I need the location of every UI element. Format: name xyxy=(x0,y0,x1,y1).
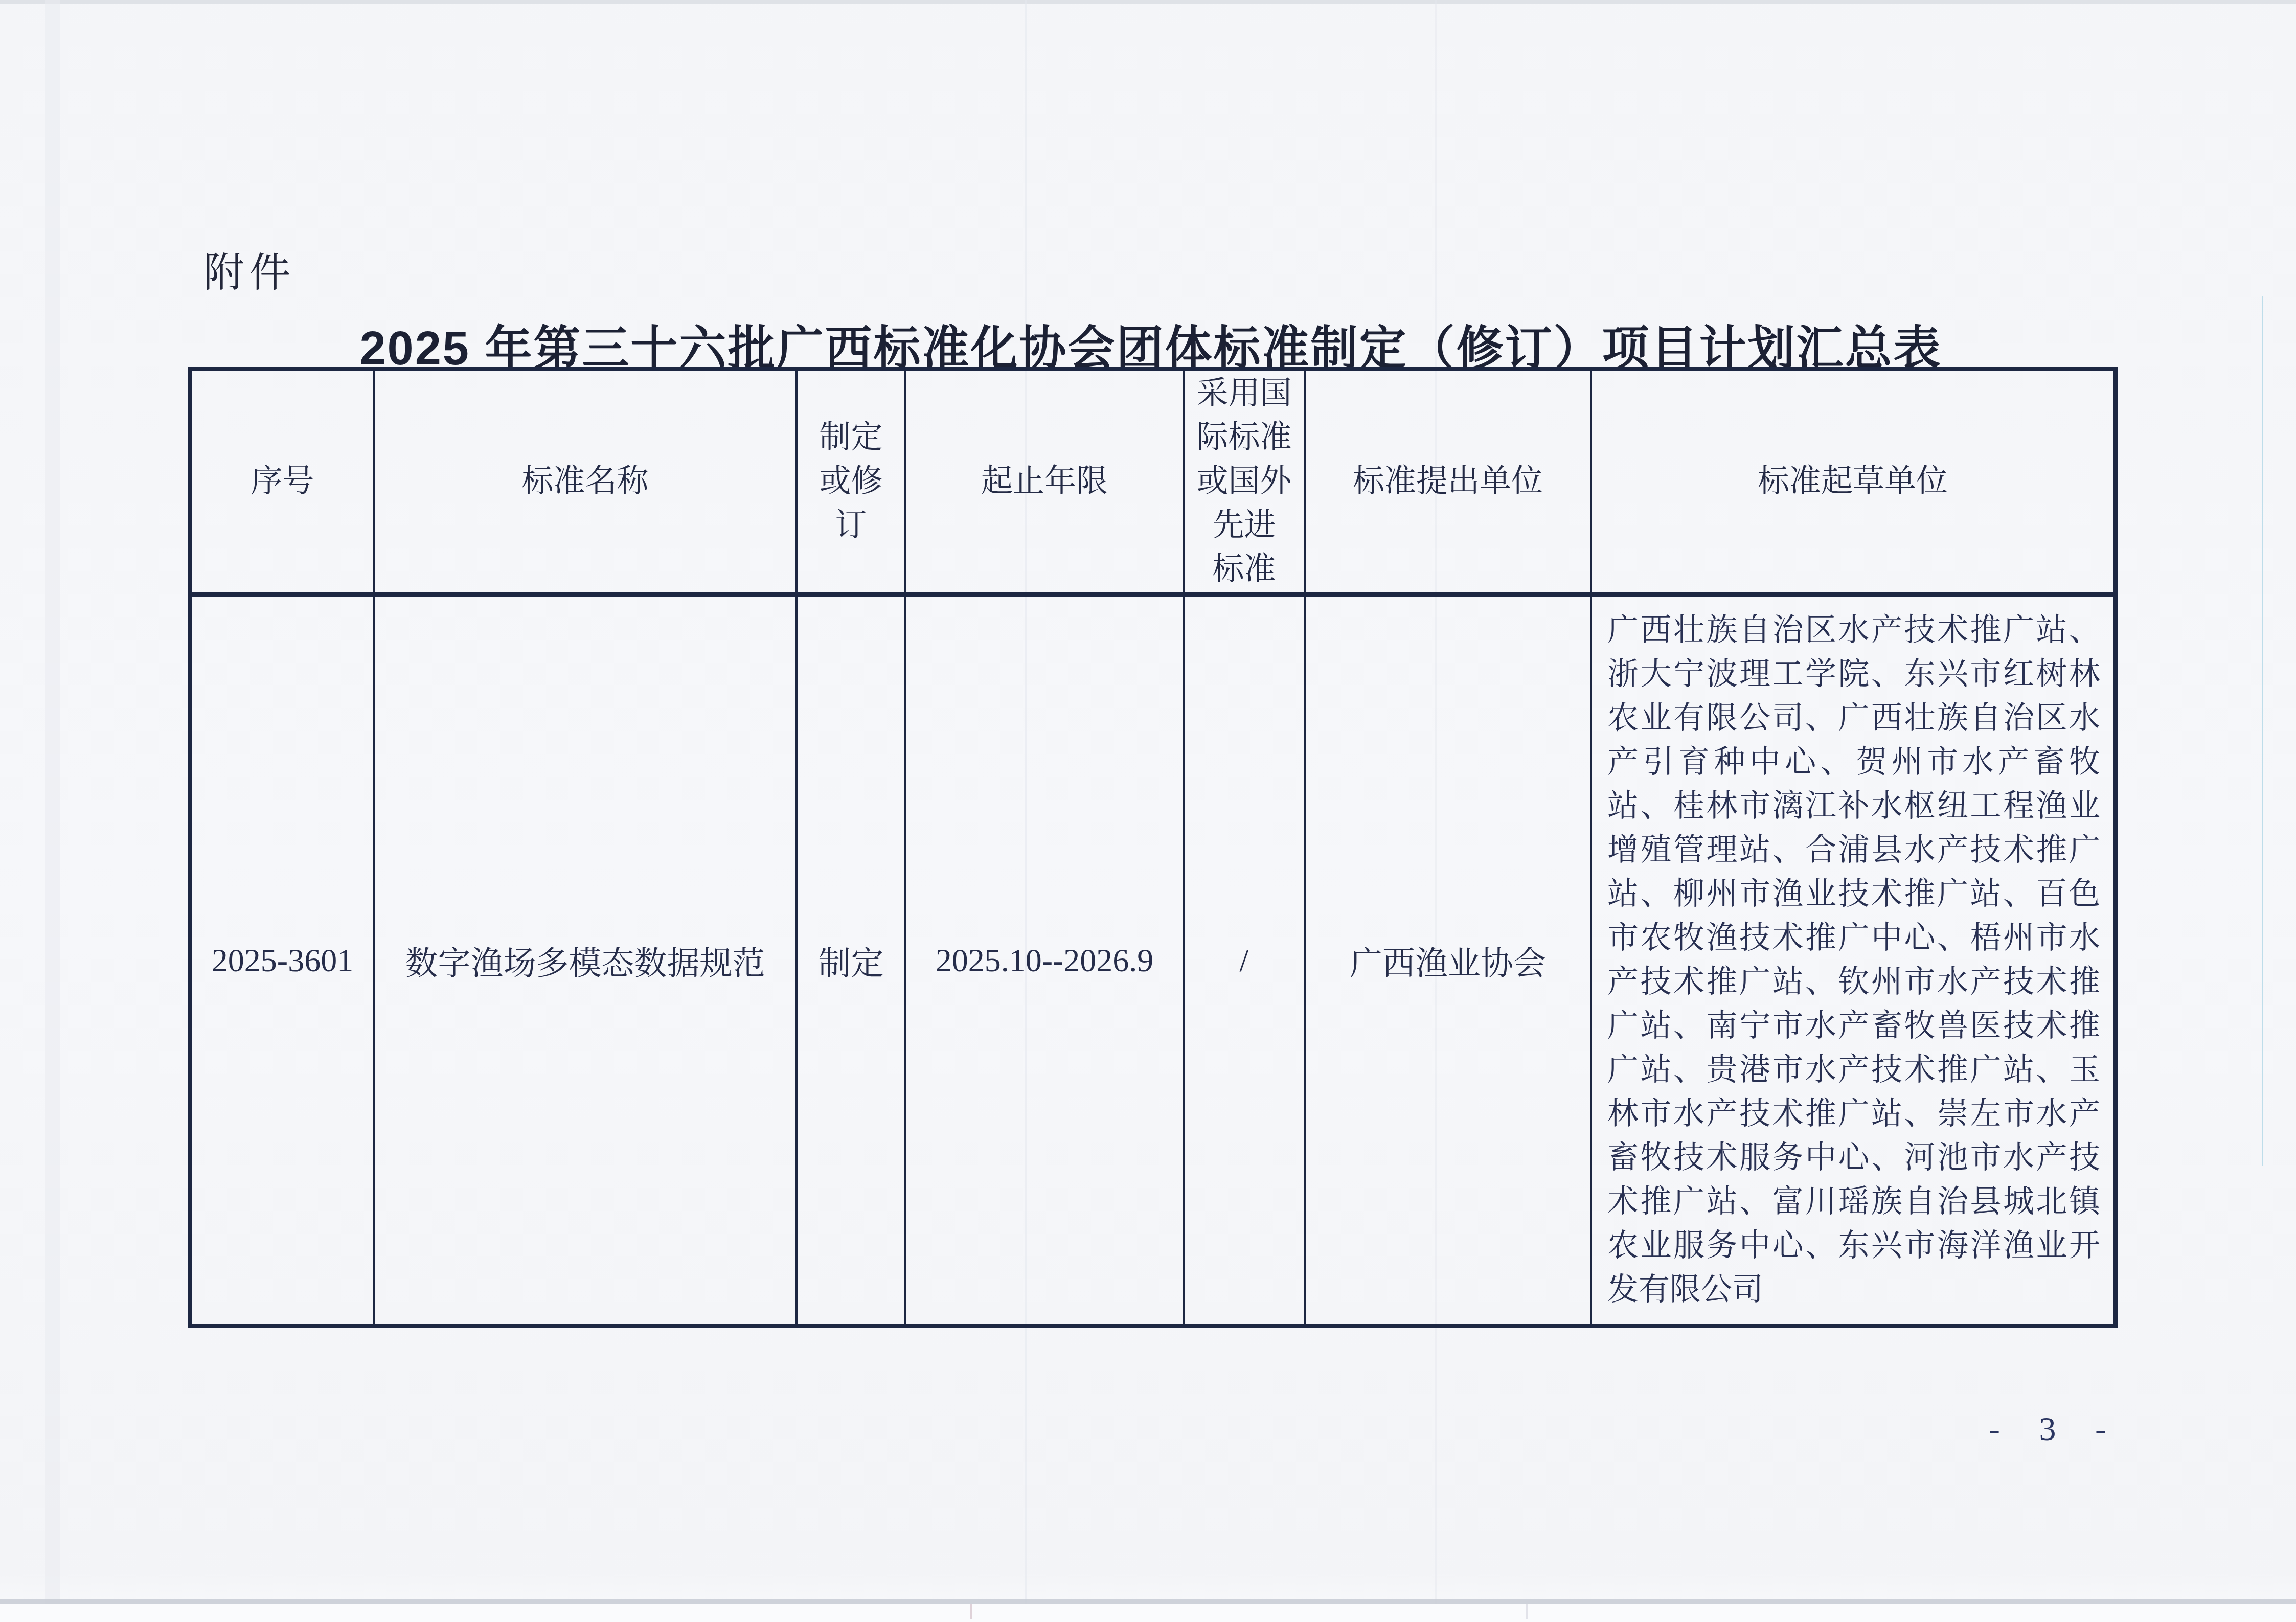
column-header-revise-type: 制定 或修 订 xyxy=(797,369,905,595)
table-header-row: 序号 标准名称 制定 或修 订 起止年限 采用国 际标准 或国外 先进 标准 标… xyxy=(190,369,2116,595)
scan-artifact-tick xyxy=(970,1604,972,1619)
scan-artifact-vertical-streak xyxy=(45,0,60,1622)
cell-revise-type: 制定 xyxy=(797,595,905,1326)
cell-period: 2025.10--2026.9 xyxy=(905,595,1184,1326)
column-header-drafters: 标准起草单位 xyxy=(1591,369,2116,595)
cell-intl-standard: / xyxy=(1184,595,1305,1326)
scan-artifact-bottom-strip xyxy=(0,1604,2296,1622)
cell-serial: 2025-3601 xyxy=(190,595,374,1326)
column-header-proposer: 标准提出单位 xyxy=(1305,369,1591,595)
plan-summary-table: 序号 标准名称 制定 或修 订 起止年限 采用国 际标准 或国外 先进 标准 标… xyxy=(188,367,2118,1328)
attachment-label: 附件 xyxy=(203,239,295,298)
cell-drafters: 广西壮族自治区水产技术推广站、浙大宁波理工学院、东兴市红树林农业有限公司、广西壮… xyxy=(1591,595,2116,1326)
scan-artifact-bottom-band xyxy=(0,1599,2296,1604)
cell-standard-name: 数字渔场多模态数据规范 xyxy=(374,595,797,1326)
scan-artifact-tick xyxy=(1526,1604,1528,1619)
table-row: 2025-3601 数字渔场多模态数据规范 制定 2025.10--2026.9… xyxy=(190,595,2116,1326)
scan-artifact-cyan-line xyxy=(2262,296,2263,1166)
column-header-intl-standard: 采用国 际标准 或国外 先进 标准 xyxy=(1184,369,1305,595)
column-header-serial: 序号 xyxy=(190,369,374,595)
column-header-period: 起止年限 xyxy=(905,369,1184,595)
cell-proposer: 广西渔业协会 xyxy=(1305,595,1591,1326)
column-header-standard-name: 标准名称 xyxy=(374,369,797,595)
page-number: - 3 - xyxy=(1989,1410,2122,1449)
scanned-page: 附件 2025 年第三十六批广西标准化协会团体标准制定（修订）项目计划汇总表 序… xyxy=(0,0,2296,1622)
scan-artifact-top-edge xyxy=(0,0,2296,4)
